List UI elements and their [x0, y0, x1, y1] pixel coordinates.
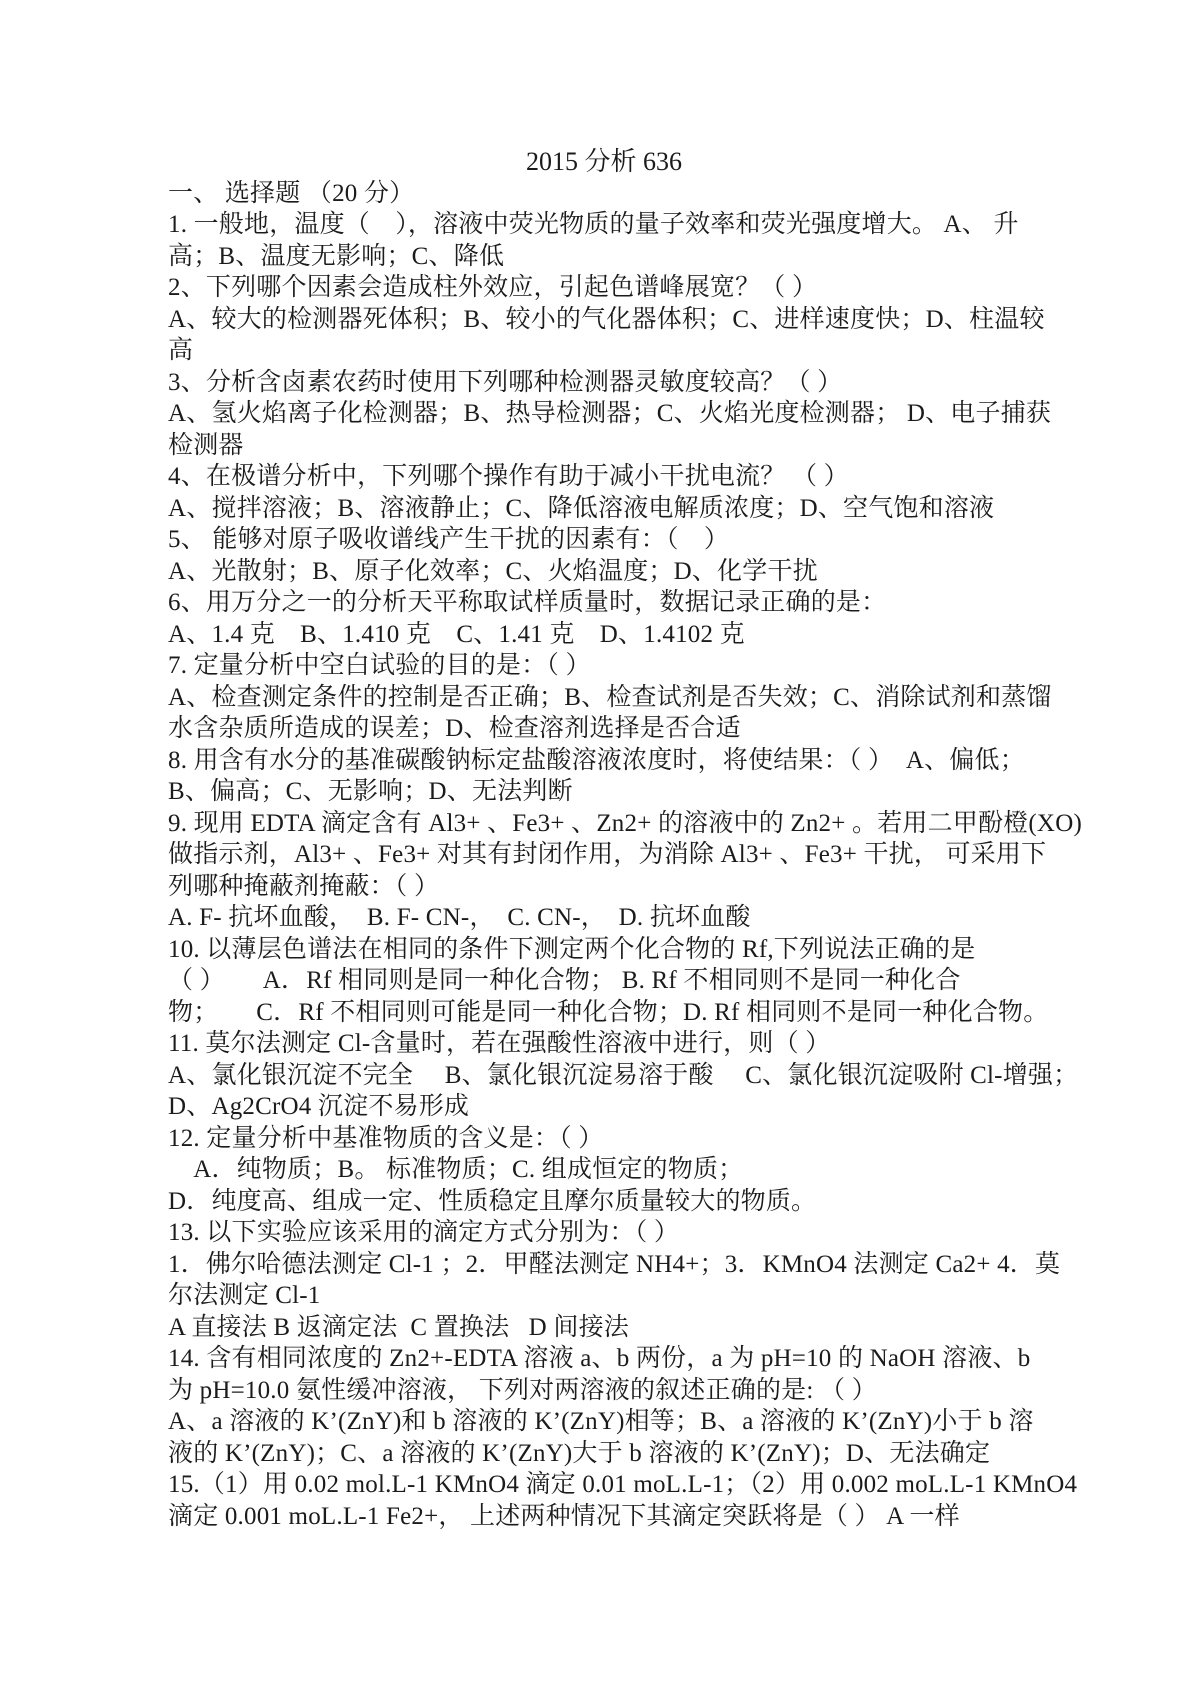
text-line: A、1.4 克 B、1.410 克 C、1.41 克 D、1.4102 克: [168, 619, 1040, 651]
text-line: 列哪种掩蔽剂掩蔽：（ ）: [168, 871, 1040, 903]
text-line: 15.（1）用 0.02 mol.L-1 KMnO4 滴定 0.01 moL.L…: [168, 1469, 1040, 1501]
text-line: 3、分析含卤素农药时使用下列哪种检测器灵敏度较高？（ ）: [168, 367, 1040, 399]
text-line: A. F- 抗坏血酸， B. F- CN-， C. CN-， D. 抗坏血酸: [168, 902, 1040, 934]
text-line: 高: [168, 335, 1040, 367]
text-line: 做指示剂，Al3+ 、Fe3+ 对其有封闭作用，为消除 Al3+ 、Fe3+ 干…: [168, 839, 1040, 871]
text-line: A 直接法 B 返滴定法 C 置换法 D 间接法: [168, 1312, 1040, 1344]
text-line: 尔法测定 Cl-1: [168, 1280, 1040, 1312]
text-line: 一、 选择题 （20 分）: [168, 178, 1040, 210]
text-line: A、氯化银沉淀不完全 B、氯化银沉淀易溶于酸 C、氯化银沉淀吸附 Cl-增强；: [168, 1060, 1040, 1092]
text-line: 9. 现用 EDTA 滴定含有 Al3+ 、Fe3+ 、Zn2+ 的溶液中的 Z…: [168, 808, 1040, 840]
text-line: 水含杂质所造成的误差；D、检查溶剂选择是否合适: [168, 713, 1040, 745]
text-line: 11. 莫尔法测定 Cl-含量时，若在强酸性溶液中进行，则（ ）: [168, 1028, 1040, 1060]
text-line: 液的 K’(ZnY)；C、a 溶液的 K’(ZnY)大于 b 溶液的 K’(Zn…: [168, 1438, 1040, 1470]
text-line: 4、在极谱分析中，下列哪个操作有助于减小干扰电流？ （ ）: [168, 461, 1040, 493]
text-line: 13. 以下实验应该采用的滴定方式分别为：（ ）: [168, 1217, 1040, 1249]
text-line: A、光散射；B、原子化效率；C、火焰温度；D、化学干扰: [168, 556, 1040, 588]
text-line: 14. 含有相同浓度的 Zn2+-EDTA 溶液 a、b 两份，a 为 pH=1…: [168, 1343, 1040, 1375]
text-line: A、搅拌溶液；B、溶液静止；C、降低溶液电解质浓度；D、空气饱和溶液: [168, 493, 1040, 525]
text-line: 8. 用含有水分的基准碳酸钠标定盐酸溶液浓度时，将使结果：（ ） A、偏低；: [168, 745, 1040, 777]
document-title: 2015 分析 636: [168, 146, 1040, 178]
text-line: A、氢火焰离子化检测器；B、热导检测器；C、火焰光度检测器； D、电子捕获: [168, 398, 1040, 430]
text-line: 10. 以薄层色谱法在相同的条件下测定两个化合物的 Rf,下列说法正确的是: [168, 934, 1040, 966]
text-line: D．纯度高、组成一定、性质稳定且摩尔质量较大的物质。: [168, 1186, 1040, 1218]
text-line: 5、 能够对原子吸收谱线产生干扰的因素有：（ ）: [168, 524, 1040, 556]
document-body: 2015 分析 636 一、 选择题 （20 分）1. 一般地，温度（ ），溶液…: [168, 146, 1040, 1532]
text-line: 6、用万分之一的分析天平称取试样质量时，数据记录正确的是：: [168, 587, 1040, 619]
text-line: 1. 一般地，温度（ ），溶液中荧光物质的量子效率和荧光强度增大。 A、 升: [168, 209, 1040, 241]
text-line: 2、下列哪个因素会造成柱外效应，引起色谱峰展宽？（ ）: [168, 272, 1040, 304]
document-lines: 一、 选择题 （20 分）1. 一般地，温度（ ），溶液中荧光物质的量子效率和荧…: [168, 178, 1040, 1533]
text-line: A、较大的检测器死体积；B、较小的气化器体积；C、进样速度快；D、柱温较: [168, 304, 1040, 336]
text-line: 高；B、温度无影响；C、降低: [168, 241, 1040, 273]
text-line: 12. 定量分析中基准物质的含义是：（ ）: [168, 1123, 1040, 1155]
document-page: 2015 分析 636 一、 选择题 （20 分）1. 一般地，温度（ ），溶液…: [0, 0, 1200, 1697]
text-line: 为 pH=10.0 氨性缓冲溶液， 下列对两溶液的叙述正确的是: （ ）: [168, 1375, 1040, 1407]
text-line: B、偏高；C、无影响；D、无法判断: [168, 776, 1040, 808]
text-line: 7. 定量分析中空白试验的目的是：（ ）: [168, 650, 1040, 682]
text-line: 滴定 0.001 moL.L-1 Fe2+， 上述两种情况下其滴定突跃将是（ ）…: [168, 1501, 1040, 1533]
text-line: （ ） A．Rf 相同则是同一种化合物； B. Rf 不相同则不是同一种化合: [168, 965, 1040, 997]
text-line: A、检查测定条件的控制是否正确；B、检查试剂是否失效；C、消除试剂和蒸馏: [168, 682, 1040, 714]
text-line: A．纯物质；B。 标准物质；C. 组成恒定的物质；: [168, 1154, 1040, 1186]
text-line: 检测器: [168, 430, 1040, 462]
text-line: D、Ag2CrO4 沉淀不易形成: [168, 1091, 1040, 1123]
text-line: A、a 溶液的 K’(ZnY)和 b 溶液的 K’(ZnY)相等；B、a 溶液的…: [168, 1406, 1040, 1438]
text-line: 物； C．Rf 不相同则可能是同一种化合物；D. Rf 相同则不是同一种化合物。: [168, 997, 1040, 1029]
text-line: 1．佛尔哈德法测定 Cl-1 ；2．甲醛法测定 NH4+；3．KMnO4 法测定…: [168, 1249, 1040, 1281]
